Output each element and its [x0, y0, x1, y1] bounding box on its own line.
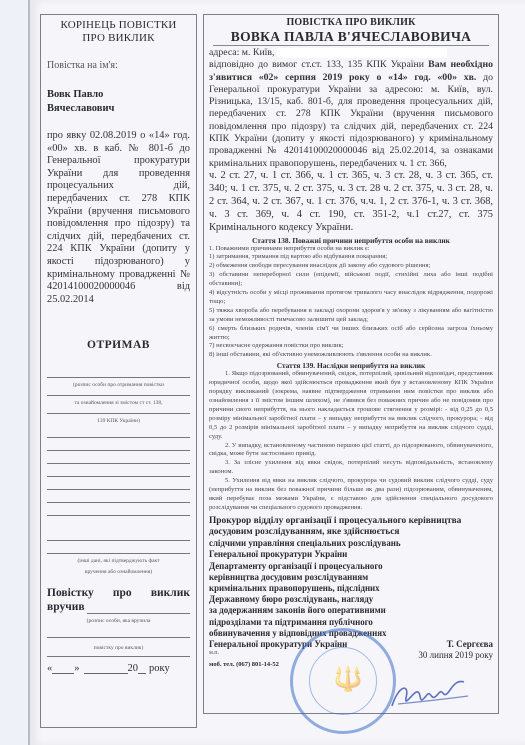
addressee-name-line-1: Вовк Павло [47, 88, 190, 102]
article-139-item: 2. У випадку, встановленому частиною пер… [209, 442, 493, 460]
handed-word: про [113, 586, 132, 600]
handed-word: вручив [47, 600, 85, 614]
caption-other-1: (інші дані, які підтверджують факт [47, 557, 190, 565]
summons-text: відповідно до вимог ст.ст. 133, 135 КПК … [209, 59, 493, 170]
caption-signature-3: 139 КПК України) [47, 417, 190, 425]
addressee-name: Вовк Павло Вячеславович [47, 88, 190, 116]
caption-signature-2: та ознайомлення зі змістом ст ст. 138, [47, 399, 190, 407]
article-138-title: Стаття 138. Поважні причини неприбуття о… [209, 236, 493, 245]
summons-stub: КОРІНЕЦЬ ПОВІСТКИ ПРО ВИКЛИК Повістка на… [40, 14, 197, 728]
addressee-name-line-2: Вячеславович [47, 102, 190, 116]
received-heading: ОТРИМАВ [47, 339, 190, 351]
date-day-blank [52, 663, 74, 674]
blank-line [47, 490, 190, 503]
prosecutor-line: обвинувачення у відповідних провадженнях [209, 628, 493, 639]
handed-line [47, 652, 190, 657]
article-138-item: 1) затримання, тримання під вартою або в… [209, 253, 493, 262]
prosecutor-line: кримінальних правопорушень, підслідних [209, 583, 493, 594]
article-138-item: 3) обставини непереборної сили (епідемії… [209, 271, 493, 289]
prosecutor-line: керівництва досудовим розслідуванням [209, 572, 493, 583]
article-138-list: 1. Поважними причинами неприбуття особи … [209, 245, 493, 361]
address-line: адреса: м. Київ, [209, 47, 493, 59]
signature-line [47, 365, 190, 378]
blank-line [47, 503, 190, 516]
seal-row: м.п. 30 липня 2019 року [209, 650, 493, 661]
contact-phone: моб. тел. (067) 801-14-52 [209, 661, 493, 668]
date-year-suffix: року [149, 663, 170, 674]
date-year-prefix: 20 [128, 663, 139, 674]
signature-row: Генеральної прокуратури України Т. Сергє… [209, 639, 493, 650]
summons-text-pre: відповідно до вимог ст.ст. 133, 135 КПК … [209, 59, 428, 70]
stub-title-line-1: КОРІНЕЦЬ ПОВІСТКИ [47, 19, 190, 32]
addressee-label: Повістка на ім'я: [47, 60, 190, 71]
blank-lines [47, 425, 190, 554]
article-139-item: 1. Якщо підозрюваний, обвинувачений, сві… [209, 370, 493, 441]
prosecutor-line: Прокурор відділу організації і процесуал… [209, 516, 493, 527]
signature-line [47, 389, 190, 396]
summons-addressee-name: ВОВКА ПАВЛА В'ЯЧЕСЛАВОВИЧА [213, 29, 489, 46]
signature-line [47, 407, 190, 414]
article-138-item: 4) відсутність особи у місці проживання … [209, 289, 493, 307]
handed-line [47, 625, 190, 638]
date-year-blank [138, 663, 146, 674]
date-month-blank [84, 663, 128, 674]
article-138-item: 2) обмеження свободи пересування внаслід… [209, 262, 493, 271]
prosecutor-line: Департаменту організації і процесуальног… [209, 561, 493, 572]
stub-title-line-2: ПРО ВИКЛИК [47, 32, 190, 45]
article-139-title: Стаття 139. Наслідки неприбуття на викли… [209, 361, 493, 370]
caption-handed-1: (розпис особи, яка вручила [47, 617, 190, 625]
blank-line [47, 425, 190, 438]
signatory-name: Т. Сергєєва [447, 639, 493, 650]
blank-line [47, 438, 190, 451]
prosecutor-line: підрозділами та підтримання публічного [209, 617, 493, 628]
blank-line [47, 516, 190, 541]
stub-summons-details: про явку 02.08.2019 о «14» год. «00» хв.… [47, 130, 190, 306]
redacted-address [277, 48, 447, 58]
article-138-item: 1. Поважними причинами неприбуття особи … [209, 245, 493, 254]
blank-line [47, 451, 190, 464]
handed-word: Повістку [47, 586, 94, 600]
caption-other-2: вручення або ознайомлення) [47, 568, 190, 576]
article-138-item: 8) інші обставини, які об'єктивно унемож… [209, 351, 493, 360]
prosecutor-title: Прокурор відділу організації і процесуал… [209, 516, 493, 650]
blank-line [47, 464, 190, 477]
summons-text-post: до Генеральної прокуратури України за ад… [209, 72, 493, 169]
prosecutor-line: за додержанням законів його оперативними [209, 605, 493, 616]
address-label: адреса: м. Київ, [209, 47, 274, 58]
article-139-item: 3. За злісне ухилення від явки свідок, п… [209, 459, 493, 477]
criminal-articles: ч. 2 ст. 27, ч. 1 ст. 366, ч. 1 ст. 365,… [209, 170, 493, 235]
date-quote-close: » [74, 663, 79, 674]
handed-over-block: Повістку про виклик вручив [47, 586, 190, 614]
prosecutor-line: досудовим розслідуванням, яке здійснюєть… [209, 527, 493, 538]
caption-handed-2: повістку про виклик) [47, 644, 190, 652]
prosecutor-line: Генеральної прокуратури України [209, 549, 493, 560]
prosecutor-line: слідчими управління спеціальних розсліду… [209, 538, 493, 549]
blank-line [47, 541, 190, 554]
seal-label: м.п. [209, 650, 219, 656]
signed-date: 30 липня 2019 року [418, 650, 493, 661]
article-139-item: 5. Ухилення від явки на виклик слідчого,… [209, 477, 493, 513]
article-138-item: 5) тяжка хвороба або перебування в закла… [209, 307, 493, 325]
prosecutor-line: Державному бюро розслідувань, нагляду [209, 594, 493, 605]
article-138-item: 7) несвоєчасне одержання повістки про ви… [209, 342, 493, 351]
handed-signature-line [87, 602, 190, 614]
blank-line [47, 477, 190, 490]
article-139-list: 1. Якщо підозрюваний, обвинувачений, сві… [209, 370, 493, 513]
summons-title: ПОВІСТКА ПРО ВИКЛИК [209, 17, 493, 29]
stub-title: КОРІНЕЦЬ ПОВІСТКИ ПРО ВИКЛИК [47, 19, 190, 45]
summons-main: ПОВІСТКА ПРО ВИКЛИК ВОВКА ПАВЛА В'ЯЧЕСЛА… [203, 14, 499, 714]
prosecutor-line: Генеральної прокуратури України [209, 639, 347, 650]
article-138-item: 6) смерть близьких родичів, членів сім'ї… [209, 325, 493, 343]
caption-signature-1: (розпис особи про отримання повістки [47, 381, 190, 389]
date-row: « » 20 року [47, 663, 190, 674]
handed-word: виклик [151, 586, 190, 600]
